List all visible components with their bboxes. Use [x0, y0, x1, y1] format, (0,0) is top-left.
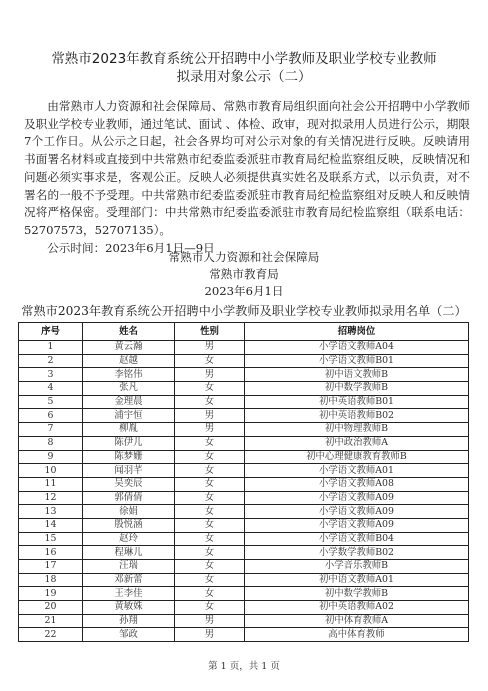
- cell-gender: 男: [175, 614, 245, 628]
- cell-index: 3: [19, 368, 83, 382]
- cell-index: 9: [19, 450, 83, 464]
- cell-index: 2: [19, 354, 83, 368]
- cell-position: 初中政治教师A: [245, 436, 469, 450]
- table-row: 1黄云瀚男小学语文教师A04: [19, 341, 469, 355]
- cell-position: 小学语文教师B04: [245, 532, 469, 546]
- table-row: 10闻羽芊女小学语文教师A01: [19, 464, 469, 478]
- table-row: 17汪瑞女小学音乐教师B: [19, 560, 469, 574]
- cell-name: 陈梦姗: [83, 450, 175, 464]
- cell-position: 初中语文教师B: [245, 368, 469, 382]
- header-name: 姓名: [83, 323, 175, 341]
- cell-name: 黄云瀚: [83, 341, 175, 355]
- table-row: 9陈梦姗女初中心理健康教育教师B: [19, 450, 469, 464]
- signature-date: 2023年6月1日: [0, 283, 488, 300]
- cell-gender: 女: [175, 560, 245, 574]
- table-row: 18邓新蕾女初中语文教师A01: [19, 573, 469, 587]
- cell-position: 初中语文教师A01: [245, 573, 469, 587]
- cell-gender: 男: [175, 423, 245, 437]
- table-row: 6浦宇恒男初中英语教师B02: [19, 409, 469, 423]
- table-row: 21孙翔男初中体育教师A: [19, 614, 469, 628]
- document-title: 常熟市2023年教育系统公开招聘中小学教师及职业学校专业教师 拟录用对象公示（二…: [0, 50, 488, 86]
- cell-position: 小学语文教师A09: [245, 518, 469, 532]
- cell-gender: 男: [175, 368, 245, 382]
- cell-name: 殷悦涵: [83, 518, 175, 532]
- table-row: 19王李佳女初中数学教师B: [19, 587, 469, 601]
- cell-gender: 女: [175, 395, 245, 409]
- cell-gender: 女: [175, 354, 245, 368]
- cell-index: 22: [19, 628, 83, 642]
- cell-position: 高中体育教师: [245, 628, 469, 642]
- cell-gender: 女: [175, 505, 245, 519]
- cell-position: 小学语文教师A04: [245, 341, 469, 355]
- cell-name: 吴奕辰: [83, 477, 175, 491]
- cell-gender: 女: [175, 587, 245, 601]
- cell-name: 张凡: [83, 382, 175, 396]
- cell-gender: 女: [175, 477, 245, 491]
- cell-gender: 男: [175, 409, 245, 423]
- table-row: 8陈伊儿女初中政治教师A: [19, 436, 469, 450]
- cell-name: 程琳儿: [83, 546, 175, 560]
- cell-gender: 女: [175, 436, 245, 450]
- table-row: 16程琳儿女小学数学教师B02: [19, 546, 469, 560]
- table-row: 3李铭伟男初中语文教师B: [19, 368, 469, 382]
- cell-position: 小学语文教师B01: [245, 354, 469, 368]
- cell-position: 初中数学教师B: [245, 587, 469, 601]
- title-line-2: 拟录用对象公示（二）: [0, 68, 488, 86]
- cell-position: 初中数学教师B: [245, 382, 469, 396]
- cell-position: 小学语文教师A09: [245, 491, 469, 505]
- cell-position: 小学语文教师A01: [245, 464, 469, 478]
- cell-gender: 女: [175, 532, 245, 546]
- table-row: 22邹政男高中体育教师: [19, 628, 469, 642]
- table-row: 2赵越女小学语文教师B01: [19, 354, 469, 368]
- cell-position: 初中心理健康教育教师B: [245, 450, 469, 464]
- signatory-hr-bureau: 常熟市人力资源和社会保障局: [0, 249, 488, 266]
- cell-gender: 女: [175, 601, 245, 615]
- page-footer: 第 1 页，共 1 页: [0, 658, 488, 672]
- cell-index: 19: [19, 587, 83, 601]
- cell-gender: 女: [175, 546, 245, 560]
- cell-position: 初中体育教师A: [245, 614, 469, 628]
- cell-position: 初中英语教师B02: [245, 409, 469, 423]
- announcement-body: 由常熟市人力资源和社会保障局、常熟市教育局组织面向社会公开招聘中小学教师及职业学…: [24, 98, 470, 257]
- cell-name: 浦宇恒: [83, 409, 175, 423]
- cell-position: 小学音乐教师B: [245, 560, 469, 574]
- cell-index: 20: [19, 601, 83, 615]
- hire-list-table: 序号 姓名 性别 招聘岗位 1黄云瀚男小学语文教师A042赵越女小学语文教师B0…: [18, 322, 469, 642]
- cell-name: 柳胤: [83, 423, 175, 437]
- table-row: 7柳胤男初中物理教师B: [19, 423, 469, 437]
- signatory-education-bureau: 常熟市教育局: [0, 266, 488, 283]
- table-title: 常熟市2023年教育系统公开招聘中小学教师及职业学校专业教师拟录用名单（二）: [0, 303, 488, 319]
- cell-index: 16: [19, 546, 83, 560]
- cell-name: 孙翔: [83, 614, 175, 628]
- cell-index: 5: [19, 395, 83, 409]
- table-row: 4张凡女初中数学教师B: [19, 382, 469, 396]
- table-row: 12郭倩倩女小学语文教师A09: [19, 491, 469, 505]
- cell-position: 小学数学教师B02: [245, 546, 469, 560]
- cell-index: 18: [19, 573, 83, 587]
- cell-index: 8: [19, 436, 83, 450]
- cell-gender: 女: [175, 450, 245, 464]
- cell-index: 12: [19, 491, 83, 505]
- cell-index: 13: [19, 505, 83, 519]
- cell-name: 黄敏姝: [83, 601, 175, 615]
- table-row: 13徐娟女小学语文教师A09: [19, 505, 469, 519]
- table-row: 14殷悦涵女小学语文教师A09: [19, 518, 469, 532]
- cell-position: 初中英语教师B01: [245, 395, 469, 409]
- cell-index: 21: [19, 614, 83, 628]
- cell-name: 邹政: [83, 628, 175, 642]
- cell-index: 14: [19, 518, 83, 532]
- cell-gender: 男: [175, 341, 245, 355]
- cell-position: 小学语文教师A09: [245, 505, 469, 519]
- table-row: 20黄敏姝女初中英语教师A02: [19, 601, 469, 615]
- cell-gender: 女: [175, 382, 245, 396]
- cell-position: 初中物理教师B: [245, 423, 469, 437]
- cell-index: 6: [19, 409, 83, 423]
- table-row: 5金理晨女初中英语教师B01: [19, 395, 469, 409]
- cell-index: 4: [19, 382, 83, 396]
- header-position: 招聘岗位: [245, 323, 469, 341]
- table-row: 15赵玲女小学语文教师B04: [19, 532, 469, 546]
- cell-name: 邓新蕾: [83, 573, 175, 587]
- announcement-paragraph: 由常熟市人力资源和社会保障局、常熟市教育局组织面向社会公开招聘中小学教师及职业学…: [24, 98, 470, 240]
- cell-name: 徐娟: [83, 505, 175, 519]
- cell-name: 赵玲: [83, 532, 175, 546]
- cell-gender: 女: [175, 573, 245, 587]
- cell-gender: 女: [175, 491, 245, 505]
- cell-gender: 女: [175, 464, 245, 478]
- cell-index: 10: [19, 464, 83, 478]
- cell-index: 11: [19, 477, 83, 491]
- signature-block: 常熟市人力资源和社会保障局 常熟市教育局 2023年6月1日: [0, 249, 488, 300]
- cell-index: 17: [19, 560, 83, 574]
- cell-name: 陈伊儿: [83, 436, 175, 450]
- cell-name: 赵越: [83, 354, 175, 368]
- header-index: 序号: [19, 323, 83, 341]
- cell-name: 李铭伟: [83, 368, 175, 382]
- cell-index: 1: [19, 341, 83, 355]
- cell-name: 闻羽芊: [83, 464, 175, 478]
- cell-name: 金理晨: [83, 395, 175, 409]
- cell-index: 7: [19, 423, 83, 437]
- cell-name: 郭倩倩: [83, 491, 175, 505]
- cell-name: 王李佳: [83, 587, 175, 601]
- cell-gender: 男: [175, 628, 245, 642]
- title-line-1: 常熟市2023年教育系统公开招聘中小学教师及职业学校专业教师: [0, 50, 488, 68]
- cell-name: 汪瑞: [83, 560, 175, 574]
- header-gender: 性别: [175, 323, 245, 341]
- cell-position: 小学语文教师A08: [245, 477, 469, 491]
- cell-gender: 女: [175, 518, 245, 532]
- cell-position: 初中英语教师A02: [245, 601, 469, 615]
- table-row: 11吴奕辰女小学语文教师A08: [19, 477, 469, 491]
- cell-index: 15: [19, 532, 83, 546]
- table-header-row: 序号 姓名 性别 招聘岗位: [19, 323, 469, 341]
